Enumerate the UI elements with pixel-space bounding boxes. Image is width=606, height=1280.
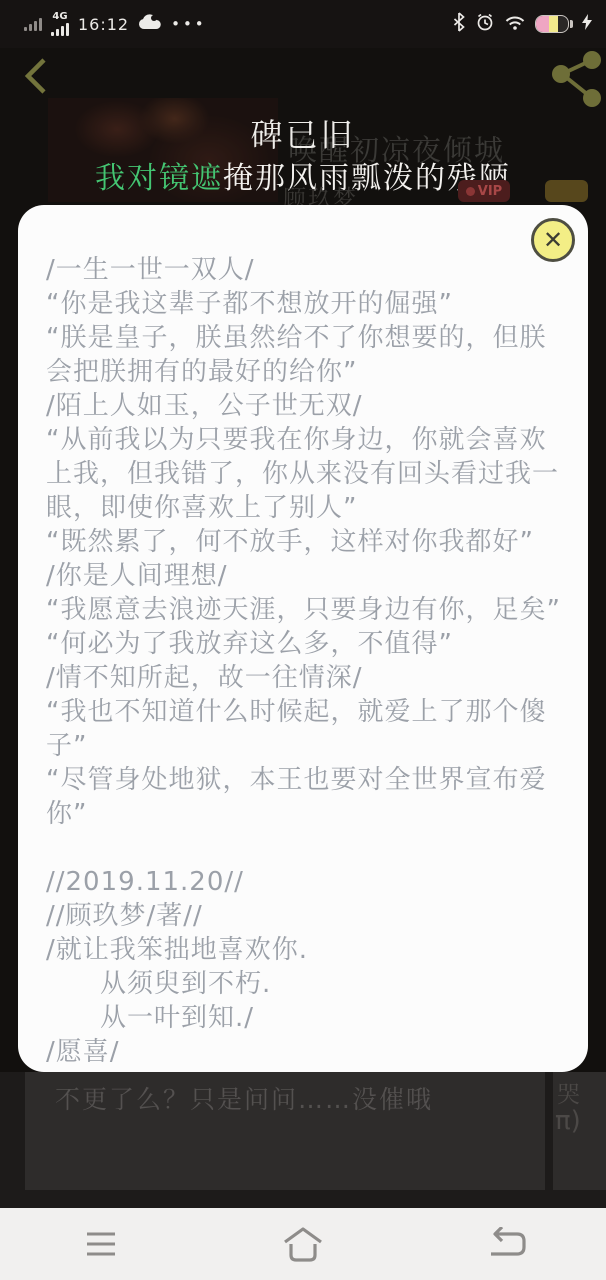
signal-bars-sim1-icon [24,17,42,31]
essay-line: //顾玖梦/著// [46,899,568,933]
essay-line: “既然累了，何不放手，这样对你我都好” [46,525,568,559]
essay-line: /你是人间理想/ [46,559,568,593]
vip-badge-label: VIP [478,184,502,199]
share-icon [548,50,602,116]
alarm-clock-icon [475,12,495,36]
back-button[interactable] [18,54,54,98]
charging-bolt-icon [582,14,592,34]
share-button[interactable] [548,50,602,116]
essay-line: “你是我这辈子都不想放开的倔强” [46,287,568,321]
essay-line: 从须臾到不朽. [46,967,568,1001]
recents-button[interactable] [0,1208,202,1280]
essay-line: “何必为了我放弃这么多，不值得” [46,627,568,661]
home-icon [281,1225,325,1263]
essay-line: “从前我以为只要我在你身边，你就会喜欢上我，但我错了，你从来没有回头看过我一眼，… [46,423,568,525]
bluetooth-icon [452,12,466,36]
quality-badge [545,180,588,202]
essay-line: “我也不知道什么时候起，就爱上了那个傻子” [46,695,568,763]
comment-side-text-bottom: π) [555,1106,581,1136]
menu-icon [85,1231,117,1257]
return-arrow-icon [483,1227,527,1261]
status-bar: 4G 16:12 ••• [0,0,606,48]
network-type-label: 4G [52,12,67,22]
essay-line [46,831,568,865]
essay-line: “尽管身处地狱，本王也要对全世界宣布爱你” [46,763,568,831]
home-button[interactable] [202,1208,404,1280]
comment-side-text-top: 哭 [557,1076,580,1109]
essay-lines: /一生一世一双人/“你是我这辈子都不想放开的倔强”“朕是皇子，朕虽然给不了你想要… [46,253,568,1062]
weather-cloud-icon [138,13,162,35]
battery-icon [535,15,569,33]
essay-line: 从一叶到知./ [46,1001,568,1035]
clock-time: 16:12 [78,15,129,34]
essay-text-area[interactable]: /一生一世一双人/“你是我这辈子都不想放开的倔强”“朕是皇子，朕虽然给不了你想要… [46,253,568,1062]
comment-card[interactable]: 不更了么？只是问问……没催哦 [25,1072,545,1190]
chevron-left-icon [18,54,54,98]
close-icon: ✕ [543,226,563,254]
vip-badge: VIP [458,180,510,202]
comment-card-right[interactable]: 哭 π) [553,1072,606,1190]
lyric-highlighted-text: 我对镜遮 [95,161,223,196]
essay-line: /愿喜/ [46,1035,568,1062]
comment-text: 不更了么？只是问问……没催哦 [55,1080,433,1116]
lyric-poster-card: ✕ /一生一世一双人/“你是我这辈子都不想放开的倔强”“朕是皇子，朕虽然给不了你… [18,205,588,1072]
lyric-line-previous: 碑已旧 [0,110,606,156]
essay-line: /陌上人如玉，公子世无双/ [46,389,568,423]
essay-line: /就让我笨拙地喜欢你. [46,933,568,967]
signal-bars-sim2-icon [51,22,69,36]
essay-line: //2019.11.20// [46,865,568,899]
back-nav-button[interactable] [404,1208,606,1280]
battery-indicator [535,15,573,33]
essay-line: “我愿意去浪迹天涯，只要身边有你，足矣” [46,593,568,627]
wifi-icon [504,14,526,35]
essay-line: “朕是皇子，朕虽然给不了你想要的，但朕会把朕拥有的最好的给你” [46,321,568,389]
notification-dots-icon: ••• [171,15,207,33]
essay-line: /一生一世一双人/ [46,253,568,287]
essay-line: /情不知所起，故一往情深/ [46,661,568,695]
vip-coin-icon [466,187,475,196]
android-nav-bar [0,1208,606,1280]
